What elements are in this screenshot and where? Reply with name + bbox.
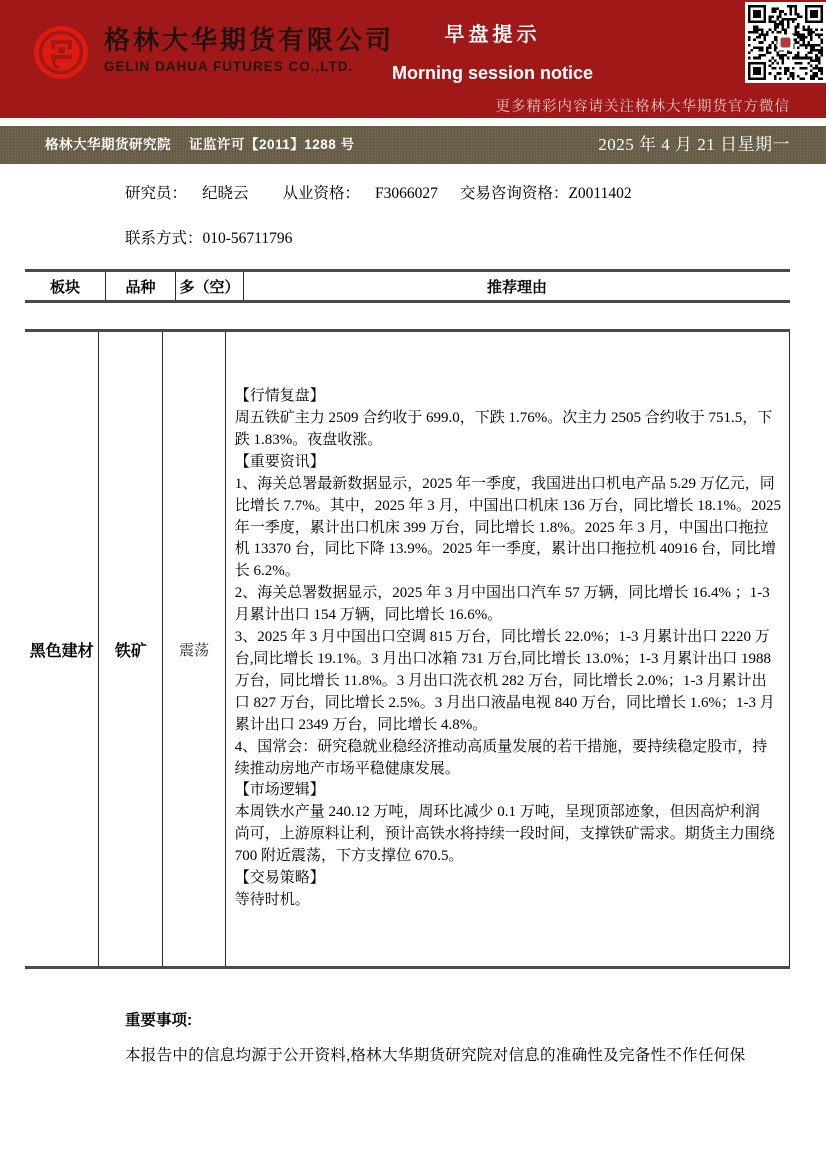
reason-line: 累计出口 2349 万台，同比增长 4.8%。 [235, 715, 488, 737]
top-banner: 格林大华期货有限公司 GELIN DAHUA FUTURES CO.,LTD. … [0, 0, 826, 118]
cell-direction: 震荡 [162, 332, 224, 966]
researcher-info-line: 研究员：纪晓云从业资格：F3066027交易咨询资格：Z0011402 [125, 181, 632, 203]
reason-line: 本周铁水产量 240.12 万吨，周环比减少 0.1 万吨，呈现顶部迹象，但因高… [235, 802, 760, 824]
reason-line: 续推动房地产市场平稳健康发展。 [235, 759, 460, 781]
report-date: 2025 年 4 月 21 日星期一 [598, 126, 790, 164]
wechat-qr-code [745, 2, 826, 83]
cell-reason: 【行情复盘】周五铁矿主力 2509 合约收于 699.0，下跌 1.76%。次主… [225, 332, 790, 966]
company-name-en: GELIN DAHUA FUTURES CO.,LTD. [104, 58, 394, 76]
cell-variety: 铁矿 [98, 332, 162, 966]
info-bar: 格林大华期货研究院证监许可【2011】1288 号 2025 年 4 月 21 … [0, 126, 826, 164]
contact-phone: 010-56711796 [203, 230, 293, 247]
contact-info-line: 联系方式：010-56711796 [125, 226, 292, 248]
cell-sector: 黑色建材 [25, 332, 98, 966]
reason-line: 3、2025 年 3 月中国出口空调 815 万台，同比增长 22.0%；1-3… [235, 627, 770, 649]
recommendation-table-row: 黑色建材 铁矿 震荡 【行情复盘】周五铁矿主力 2509 合约收于 699.0，… [25, 329, 790, 969]
reason-line: 1、海关总署最新数据显示，2025 年一季度，我国进出口机电产品 5.29 万亿… [235, 474, 775, 496]
reason-line: 【重要资讯】 [235, 452, 325, 474]
contact-label: 联系方式： [125, 230, 203, 247]
reason-line: 【行情复盘】 [235, 386, 325, 408]
reason-line: 4、国常会：研究稳就业稳经济推动高质量发展的若干措施，要持续稳定股市，持 [235, 737, 768, 759]
reason-line: 尚可，上游原料让利，预计高铁水将持续一段时间，支撑铁矿需求。期货主力围绕 [235, 824, 775, 846]
reason-line: 【交易策略】 [235, 868, 325, 890]
header-direction: 多（空） [175, 272, 243, 300]
page-title-en: Morning session notice [380, 62, 605, 84]
reason-line: 周五铁矿主力 2509 合约收于 699.0，下跌 1.76%。次主力 2505… [235, 408, 773, 430]
reason-line: 700 附近震荡，下方支撑位 670.5。 [235, 846, 464, 868]
license-number: 证监许可【2011】1288 号 [189, 137, 355, 152]
important-notice-title: 重要事项: [125, 1008, 192, 1030]
reason-line: 比增长 7.7%。其中，2025 年 3 月，中国出口机床 136 万台，同比增… [235, 496, 781, 518]
wechat-follow-note: 更多精彩内容请关注格林大华期货官方微信 [496, 95, 791, 116]
researcher-name: 纪晓云 [202, 181, 249, 203]
qualification-number: F3066027 [375, 185, 438, 203]
reason-line: 【市场逻辑】 [235, 780, 325, 802]
header-sector: 板块 [25, 272, 105, 300]
reason-line: 机 13370 台，同比下降 13.9%。2025 年一季度，累计出口拖拉机 4… [235, 539, 776, 561]
header-reason: 推荐理由 [243, 272, 790, 300]
recommendation-table-header: 板块 品种 多（空） 推荐理由 [25, 269, 790, 303]
advisory-label: 交易咨询资格： [460, 181, 569, 203]
page-title-cn: 早盘提示 [380, 22, 605, 48]
research-institute-label: 格林大华期货研究院 [45, 137, 171, 152]
reason-line: 年一季度，累计出口机床 399 万台，同比增长 1.8%。2025 年 3 月，… [235, 518, 769, 540]
reason-line: 长 6.2%。 [235, 561, 300, 583]
reason-line: 台,同比增长 19.1%。3 月出口冰箱 731 万台,同比增长 13.0%；1… [235, 649, 771, 671]
qualification-label: 从业资格： [283, 181, 361, 203]
company-name-block: 格林大华期货有限公司 GELIN DAHUA FUTURES CO.,LTD. [104, 25, 394, 76]
advisory-number: Z0011402 [568, 185, 631, 203]
researcher-label: 研究员： [125, 181, 187, 203]
reason-line: 跌 1.83%。夜盘收涨。 [235, 430, 383, 452]
reason-line: 口 827 万台，同比增长 2.5%。3 月出口液晶电视 840 万台，同比增长… [235, 693, 775, 715]
reason-line: 万台，同比增长 11.8%。3 月出口洗衣机 282 万台，同比增长 2.0%；… [235, 671, 767, 693]
reason-line: 2、海关总署数据显示，2025 年 3 月中国出口汽车 57 万辆，同比增长 1… [235, 583, 770, 605]
reason-line: 等待时机。 [235, 890, 310, 912]
company-name-cn: 格林大华期货有限公司 [104, 25, 394, 55]
disclaimer-text: 本报告中的信息均源于公开资料,格林大华期货研究院对信息的准确性及完备性不作任何保 [125, 1043, 745, 1065]
header-variety: 品种 [105, 272, 175, 300]
reason-line: 月累计出口 154 万辆，同比增长 16.6%。 [235, 605, 503, 627]
company-logo-icon [33, 25, 89, 80]
